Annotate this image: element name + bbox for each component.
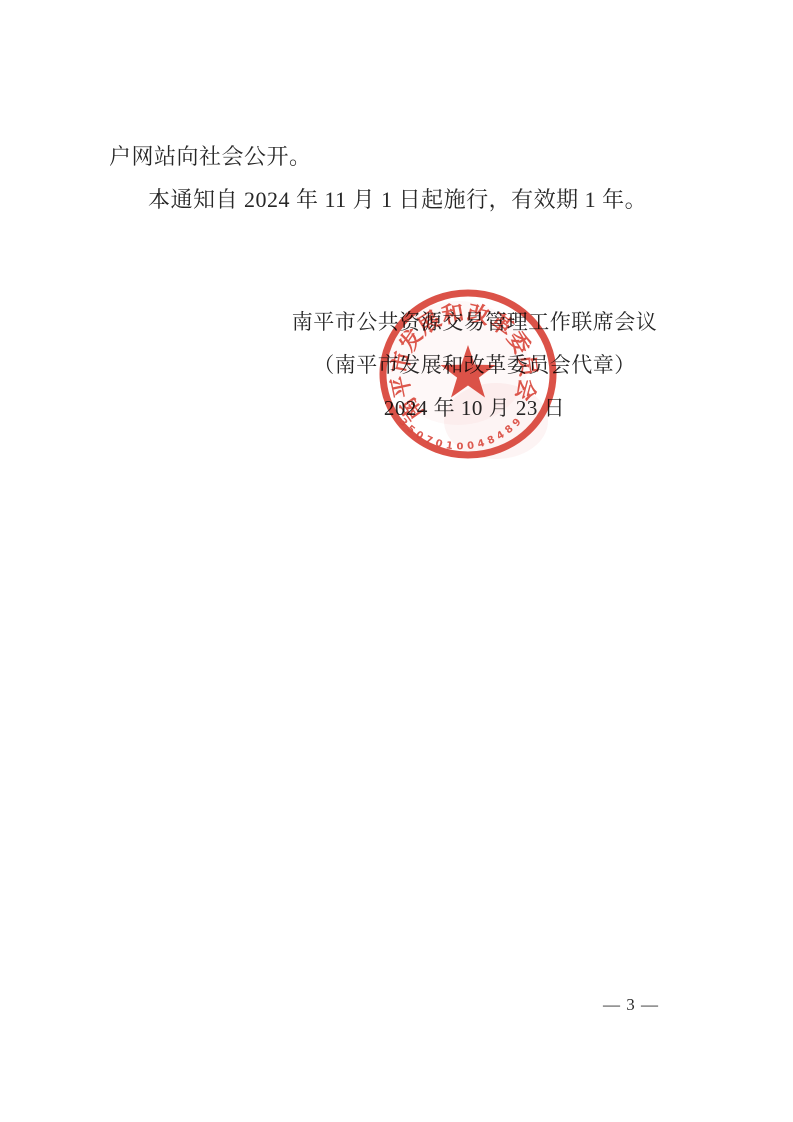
seal-code-digit: 0 bbox=[413, 429, 425, 442]
seal-code-digit: 0 bbox=[434, 438, 444, 451]
seal-code-digit: 0 bbox=[457, 442, 464, 453]
seal-code-digit: 0 bbox=[466, 440, 474, 452]
signature-block: 南平市公共资源交易管理工作联席会议 （南平市发展和改革委员会代章） 2024 年… bbox=[282, 301, 667, 430]
document-page: 户网站向社会公开。 本通知自 2024 年 11 月 1 日起施行，有效期 1 … bbox=[0, 0, 793, 1122]
seal-code-digit: 1 bbox=[445, 440, 453, 452]
body-text-continuation: 户网站向社会公开。 bbox=[109, 146, 312, 168]
signature-org-name: 南平市公共资源交易管理工作联席会议 bbox=[282, 301, 667, 344]
body-text-effective-date: 本通知自 2024 年 11 月 1 日起施行，有效期 1 年。 bbox=[148, 189, 647, 211]
seal-code-digit: 7 bbox=[423, 434, 434, 447]
page-number: — 3 — bbox=[603, 995, 659, 1015]
seal-code-digit: 8 bbox=[486, 434, 497, 447]
seal-code-digit: 4 bbox=[476, 438, 486, 451]
signature-date: 2024 年 10 月 23 日 bbox=[282, 387, 667, 430]
seal-code-digit: 4 bbox=[495, 429, 507, 442]
signature-agency-note: （南平市发展和改革委员会代章） bbox=[282, 344, 667, 387]
